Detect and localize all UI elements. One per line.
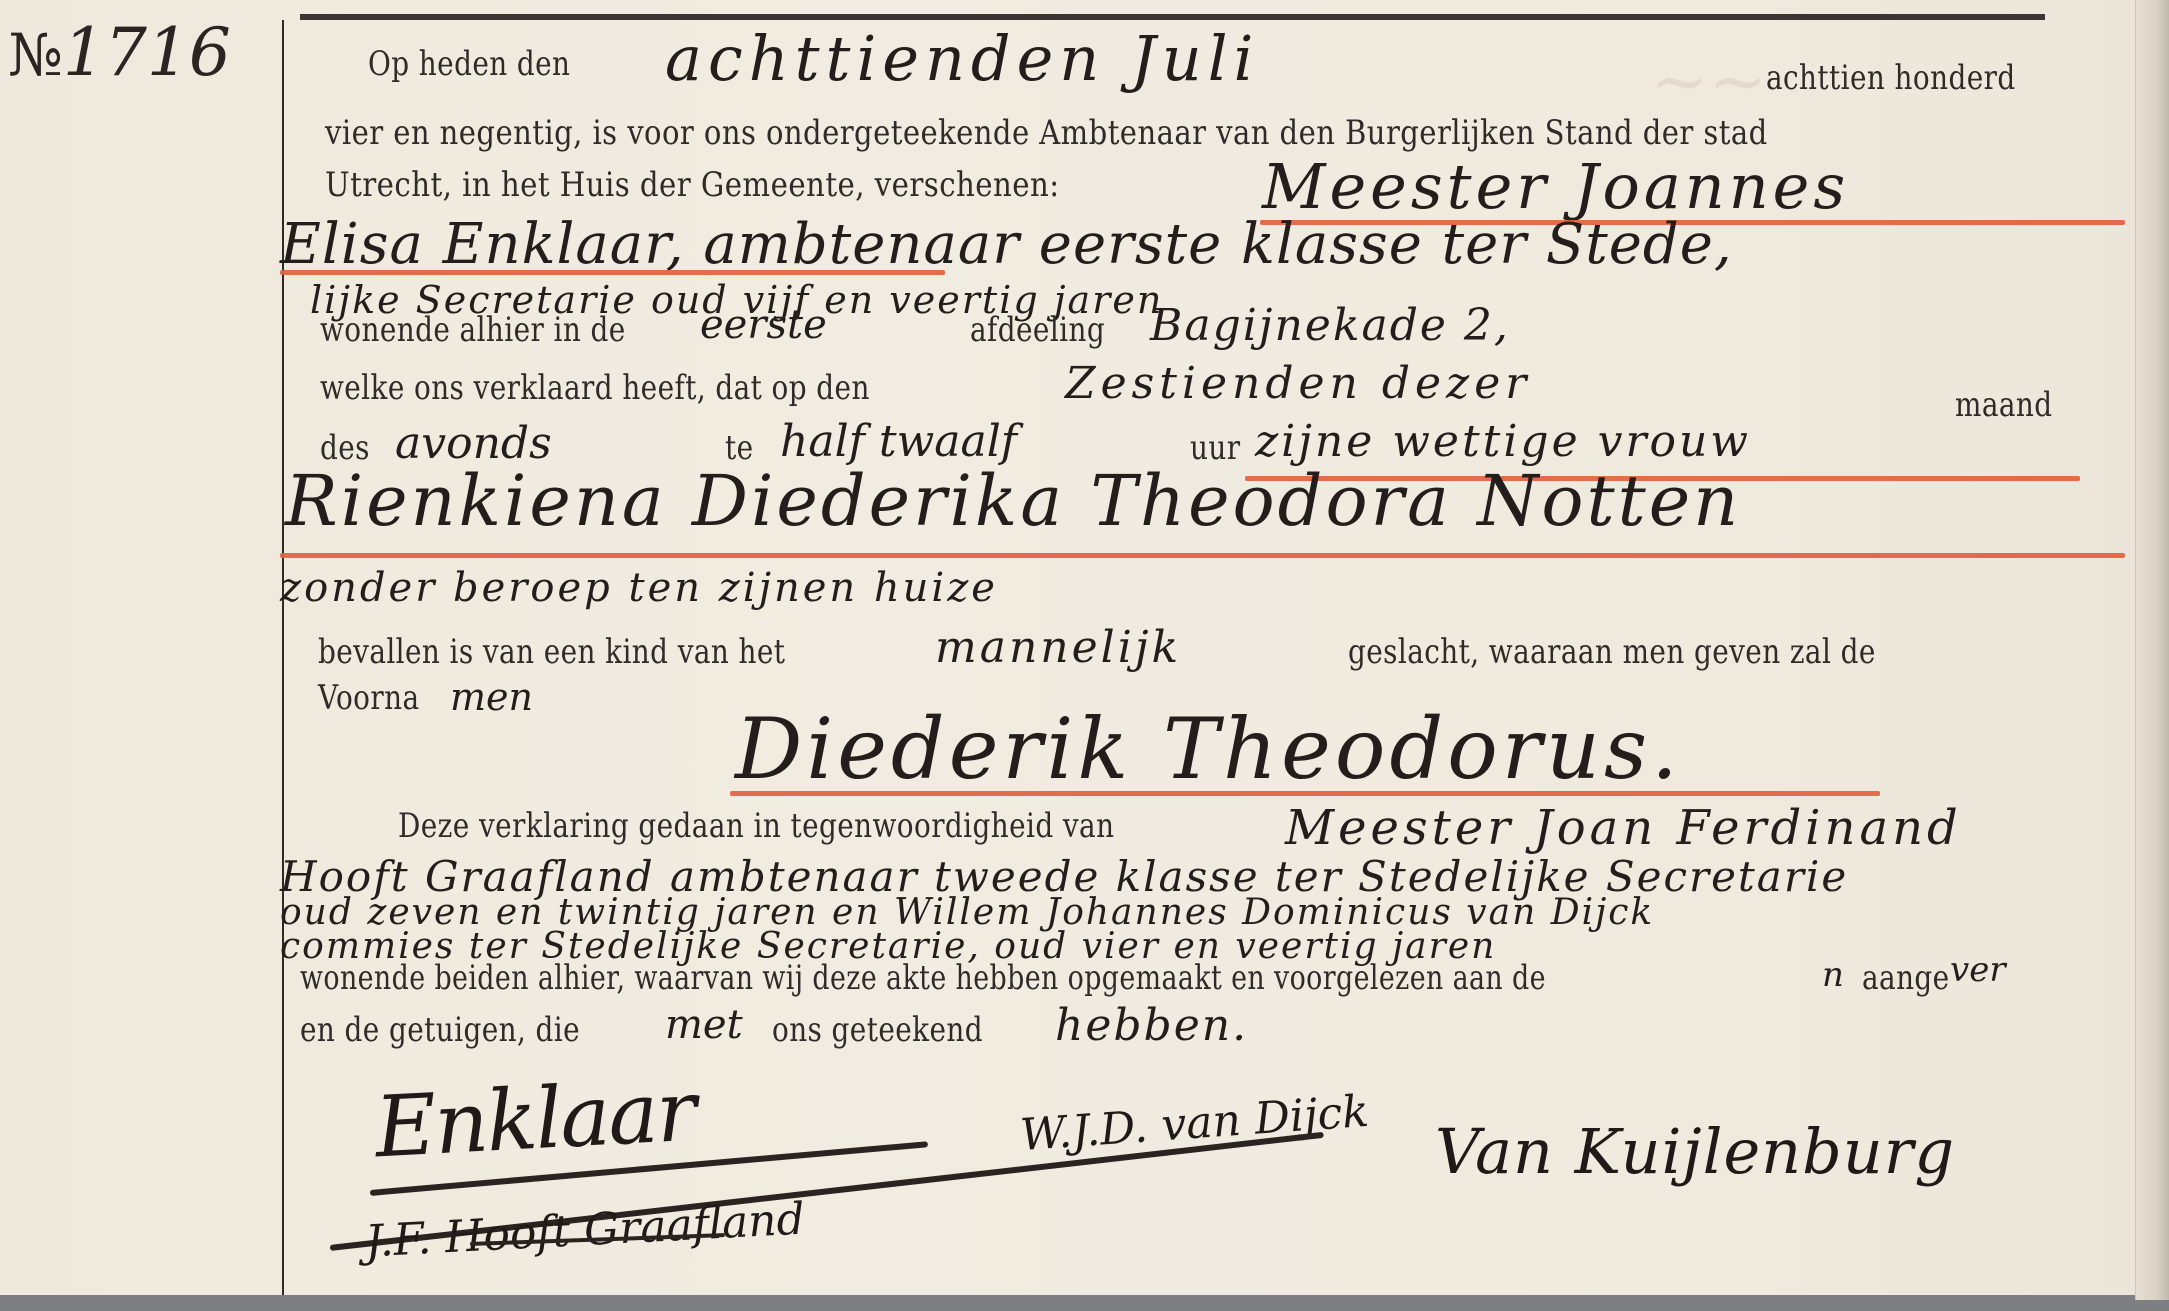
handwritten-address: Bagijnekade 2,	[1150, 300, 1510, 351]
print-text: afdeeling	[970, 310, 1105, 350]
print-text: ons geteekend	[772, 1010, 983, 1050]
handwritten-date: achttienden Juli	[665, 22, 1259, 95]
handwritten-insert: met	[665, 1002, 743, 1048]
handwritten-insert: hebben.	[1055, 1000, 1248, 1051]
print-text: achttien honderd	[1766, 58, 2016, 98]
signature-witness-1: J.F. Hooft Graafland	[364, 1194, 806, 1268]
handwritten-insert: ver	[1950, 950, 2006, 990]
handwritten-suffix: men	[450, 675, 533, 719]
print-text: welke ons verklaard heeft, dat op den	[320, 368, 870, 408]
record-number-value: 1716	[63, 14, 231, 91]
top-rule	[300, 14, 2045, 20]
handwritten-district: eerste	[700, 302, 827, 348]
red-underline	[730, 791, 1880, 796]
handwritten-witness-1: Meester Joan Ferdinand	[1285, 800, 1962, 856]
print-text: vier en negentig, is voor ons ondergetee…	[325, 113, 1768, 153]
bleed-through-mark: ~~	[1650, 40, 1767, 122]
handwritten-sex: mannelijk	[935, 622, 1181, 673]
handwritten-mother-name: Rienkiena Diederika Theodora Notten	[285, 460, 1741, 542]
print-text: geslacht, waaraan men geven zal de	[1348, 632, 1876, 672]
page-edge	[2135, 0, 2169, 1300]
print-text: Voorna	[318, 678, 420, 718]
red-underline	[280, 553, 2125, 558]
number-sign: №	[8, 21, 63, 89]
handwritten-occupation: zonder beroep ten zijnen huize	[280, 565, 998, 611]
handwritten-birth-day: Zestienden dezer	[1065, 358, 1531, 409]
print-text: aange	[1862, 958, 1950, 998]
print-text: bevallen is van een kind van het	[318, 632, 785, 672]
print-text: Op heden den	[368, 44, 570, 84]
document-page: ~~ №1716 Op heden den achttienden Juli a…	[0, 0, 2169, 1295]
handwritten-child-name: Diederik Theodorus.	[735, 700, 1682, 798]
signature-registrar: Van Kuijlenburg	[1435, 1115, 1955, 1188]
handwritten-insert: n	[1822, 955, 1844, 995]
print-text: wonende beiden alhier, waarvan wij deze …	[300, 958, 1546, 998]
print-text: Utrecht, in het Huis der Gemeente, versc…	[325, 165, 1060, 205]
print-text: wonende alhier in de	[320, 310, 626, 350]
signature-declarant: Enklaar	[373, 1062, 697, 1177]
red-underline	[280, 270, 945, 275]
record-number: №1716	[8, 14, 231, 91]
print-text: maand	[1955, 385, 2053, 425]
handwritten-declarant-name-cont: Elisa Enklaar, ambtenaar eerste klasse t…	[280, 212, 1733, 277]
print-text: en de getuigen, die	[300, 1010, 580, 1050]
print-text: Deze verklaring gedaan in tegenwoordighe…	[398, 806, 1114, 846]
